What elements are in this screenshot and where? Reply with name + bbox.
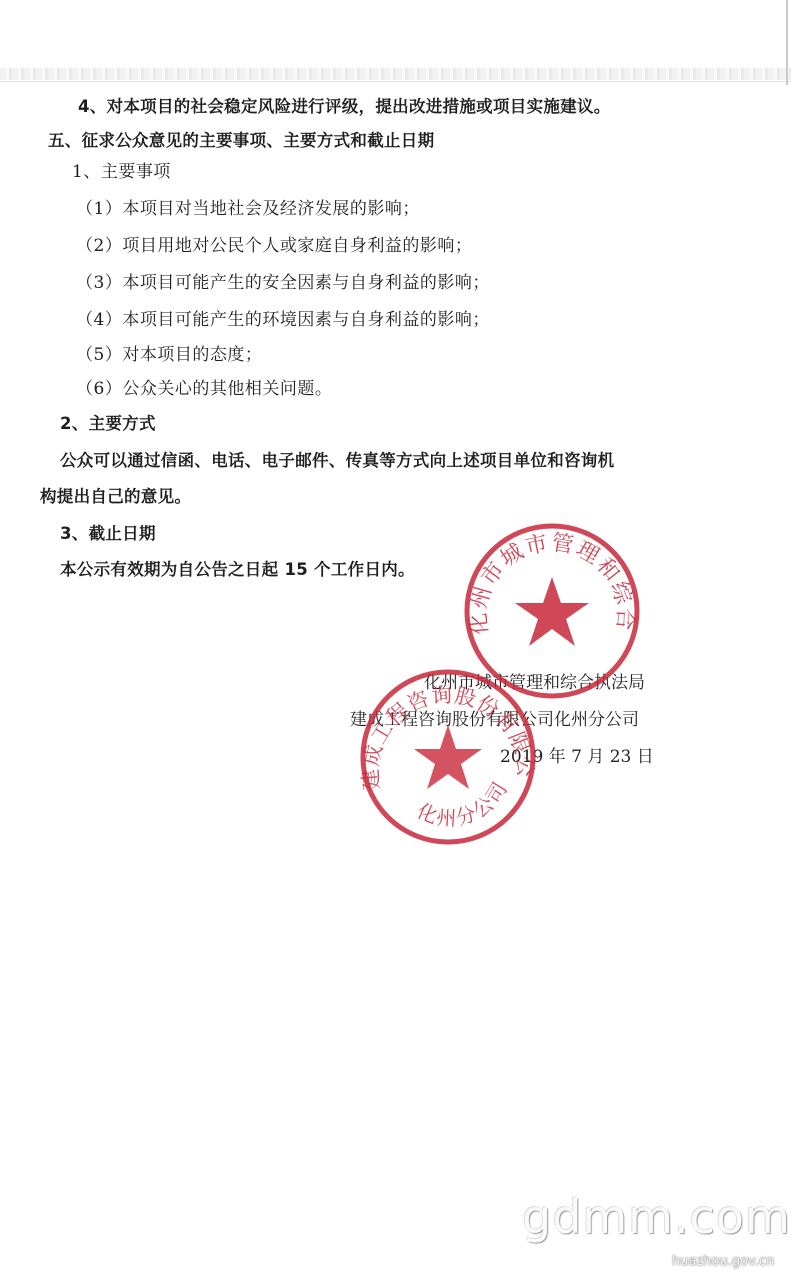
- watermark-source: huazhou.gov.cn: [672, 1254, 774, 1269]
- method-paragraph-line2: 构提出自己的意见。: [40, 486, 191, 508]
- subsection-2-heading: 2、主要方式: [60, 413, 156, 435]
- list-item-4: （4）本项目可能产生的环境因素与自身利益的影响；: [76, 309, 490, 331]
- subsection-3-heading: 3、截止日期: [60, 523, 156, 545]
- method-paragraph-line1: 公众可以通过信函、电话、电子邮件、传真等方式向上述项目单位和咨询机: [60, 450, 614, 472]
- page-edge: [786, 0, 788, 85]
- list-item-2: （2）项目用地对公民个人或家庭自身利益的影响；: [76, 235, 472, 257]
- item-4-text: 4、对本项目的社会稳定风险进行评级，提出改进措施或项目实施建议。: [78, 96, 611, 118]
- list-item-1: （1）本项目对当地社会及经济发展的影响；: [76, 198, 420, 220]
- watermark-gdmm: gdmm.com: [522, 1190, 791, 1244]
- deadline-text: 本公示有效期为自公告之日起 15 个工作日内。: [60, 559, 415, 581]
- scan-artifact: [0, 68, 791, 80]
- list-item-5: （5）对本项目的态度；: [76, 344, 262, 366]
- list-item-6: （6）公众关心的其他相关问题。: [76, 378, 332, 400]
- section-5-heading: 五、征求公众意见的主要事项、主要方式和截止日期: [48, 130, 434, 152]
- subsection-1-heading: 1、主要事项: [72, 161, 171, 183]
- official-seal-2-icon: 建成工程咨询股份有限公司 化州分公司: [358, 667, 538, 847]
- scan-artifact-line: [0, 81, 791, 82]
- list-item-3: （3）本项目可能产生的安全因素与自身利益的影响；: [76, 272, 490, 294]
